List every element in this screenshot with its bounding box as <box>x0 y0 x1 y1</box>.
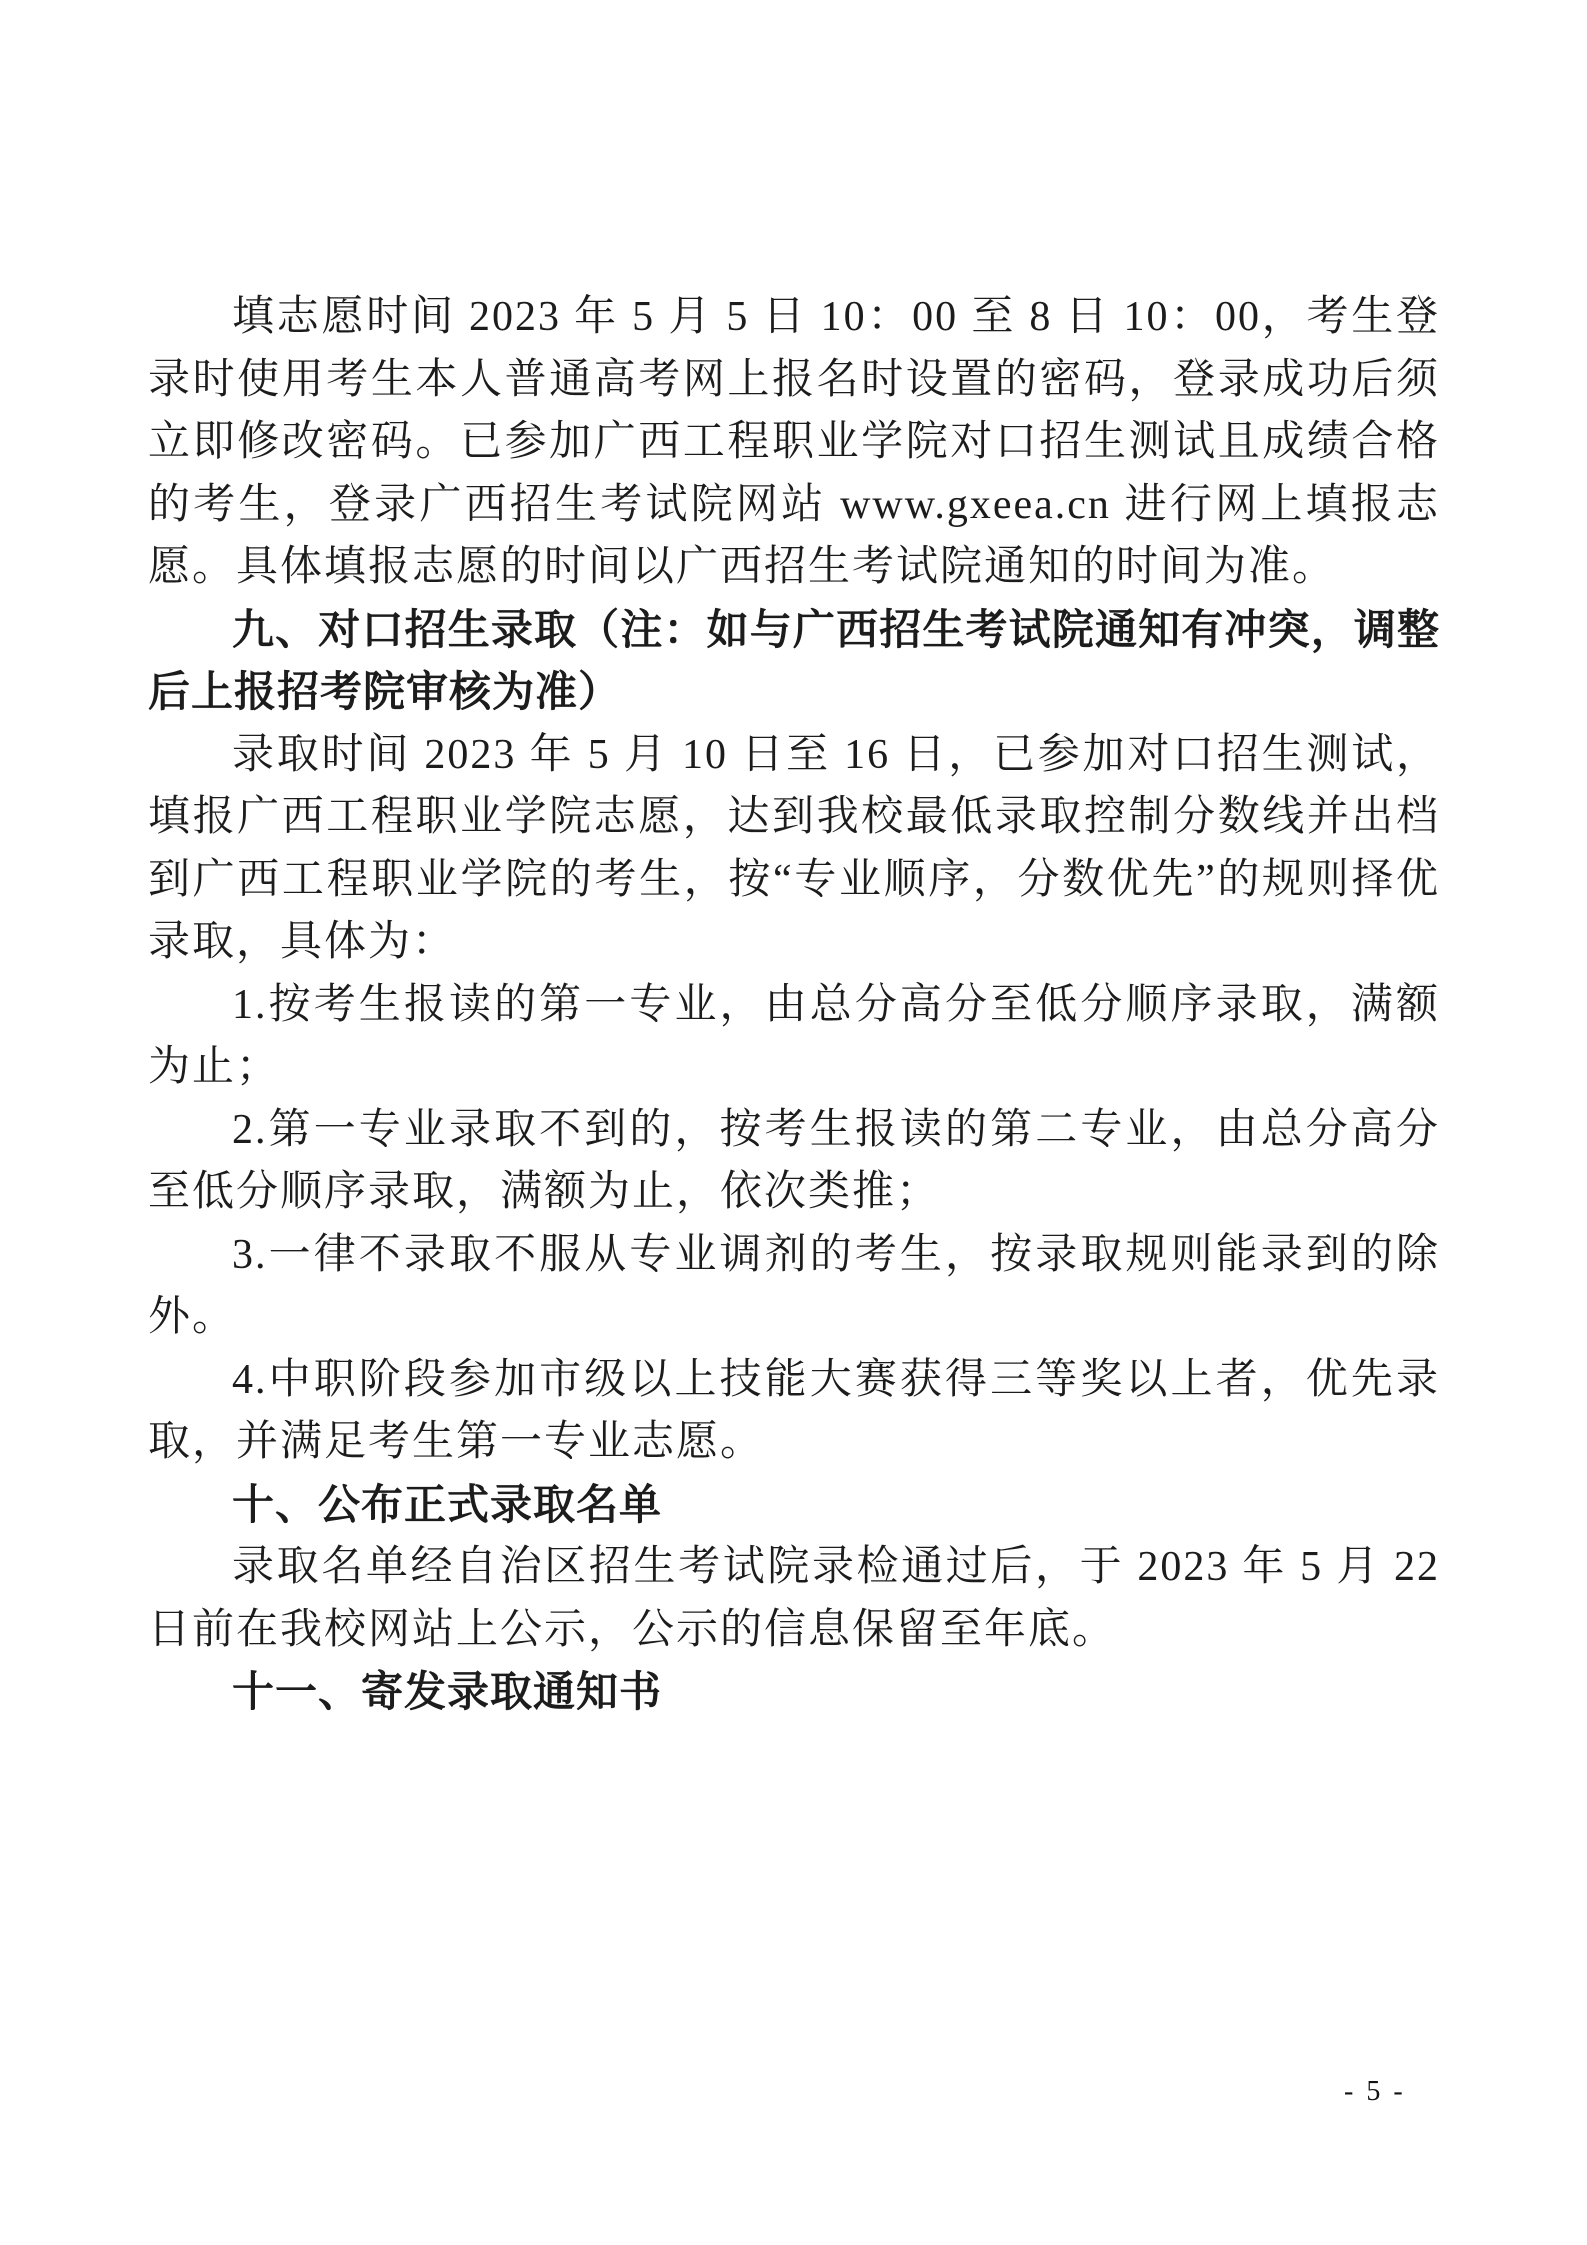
document-body: 填志愿时间 2023 年 5 月 5 日 10：00 至 8 日 10：00，考… <box>148 286 1440 1724</box>
list-item-rule-4: 4.中职阶段参加市级以上技能大赛获得三等奖以上者，优先录取，并满足考生第一专业志… <box>148 1349 1440 1474</box>
heading-section-ten-publish-list: 十、公布正式录取名单 <box>148 1474 1440 1537</box>
document-page: 填志愿时间 2023 年 5 月 5 日 10：00 至 8 日 10：00，考… <box>0 0 1587 2245</box>
list-item-rule-2: 2.第一专业录取不到的，按考生报读的第二专业，由总分高分至低分顺序录取，满额为止… <box>148 1099 1440 1224</box>
heading-section-nine-admission: 九、对口招生录取（注：如与广西招生考试院通知有冲突，调整后上报招考院审核为准） <box>148 599 1440 724</box>
list-item-rule-1: 1.按考生报读的第一专业，由总分高分至低分顺序录取，满额为止； <box>148 974 1440 1099</box>
paragraph-admission-time-rules: 录取时间 2023 年 5 月 10 日至 16 日，已参加对口招生测试，填报广… <box>148 724 1440 974</box>
paragraph-volunteer-time: 填志愿时间 2023 年 5 月 5 日 10：00 至 8 日 10：00，考… <box>148 286 1440 599</box>
paragraph-publish-list-detail: 录取名单经自治区招生考试院录检通过后，于 2023 年 5 月 22 日前在我校… <box>148 1536 1440 1661</box>
heading-section-eleven-notice-letter: 十一、寄发录取通知书 <box>148 1661 1440 1724</box>
list-item-rule-3: 3.一律不录取不服从专业调剂的考生，按录取规则能录到的除外。 <box>148 1224 1440 1349</box>
page-number: - 5 - <box>1344 2076 1406 2108</box>
